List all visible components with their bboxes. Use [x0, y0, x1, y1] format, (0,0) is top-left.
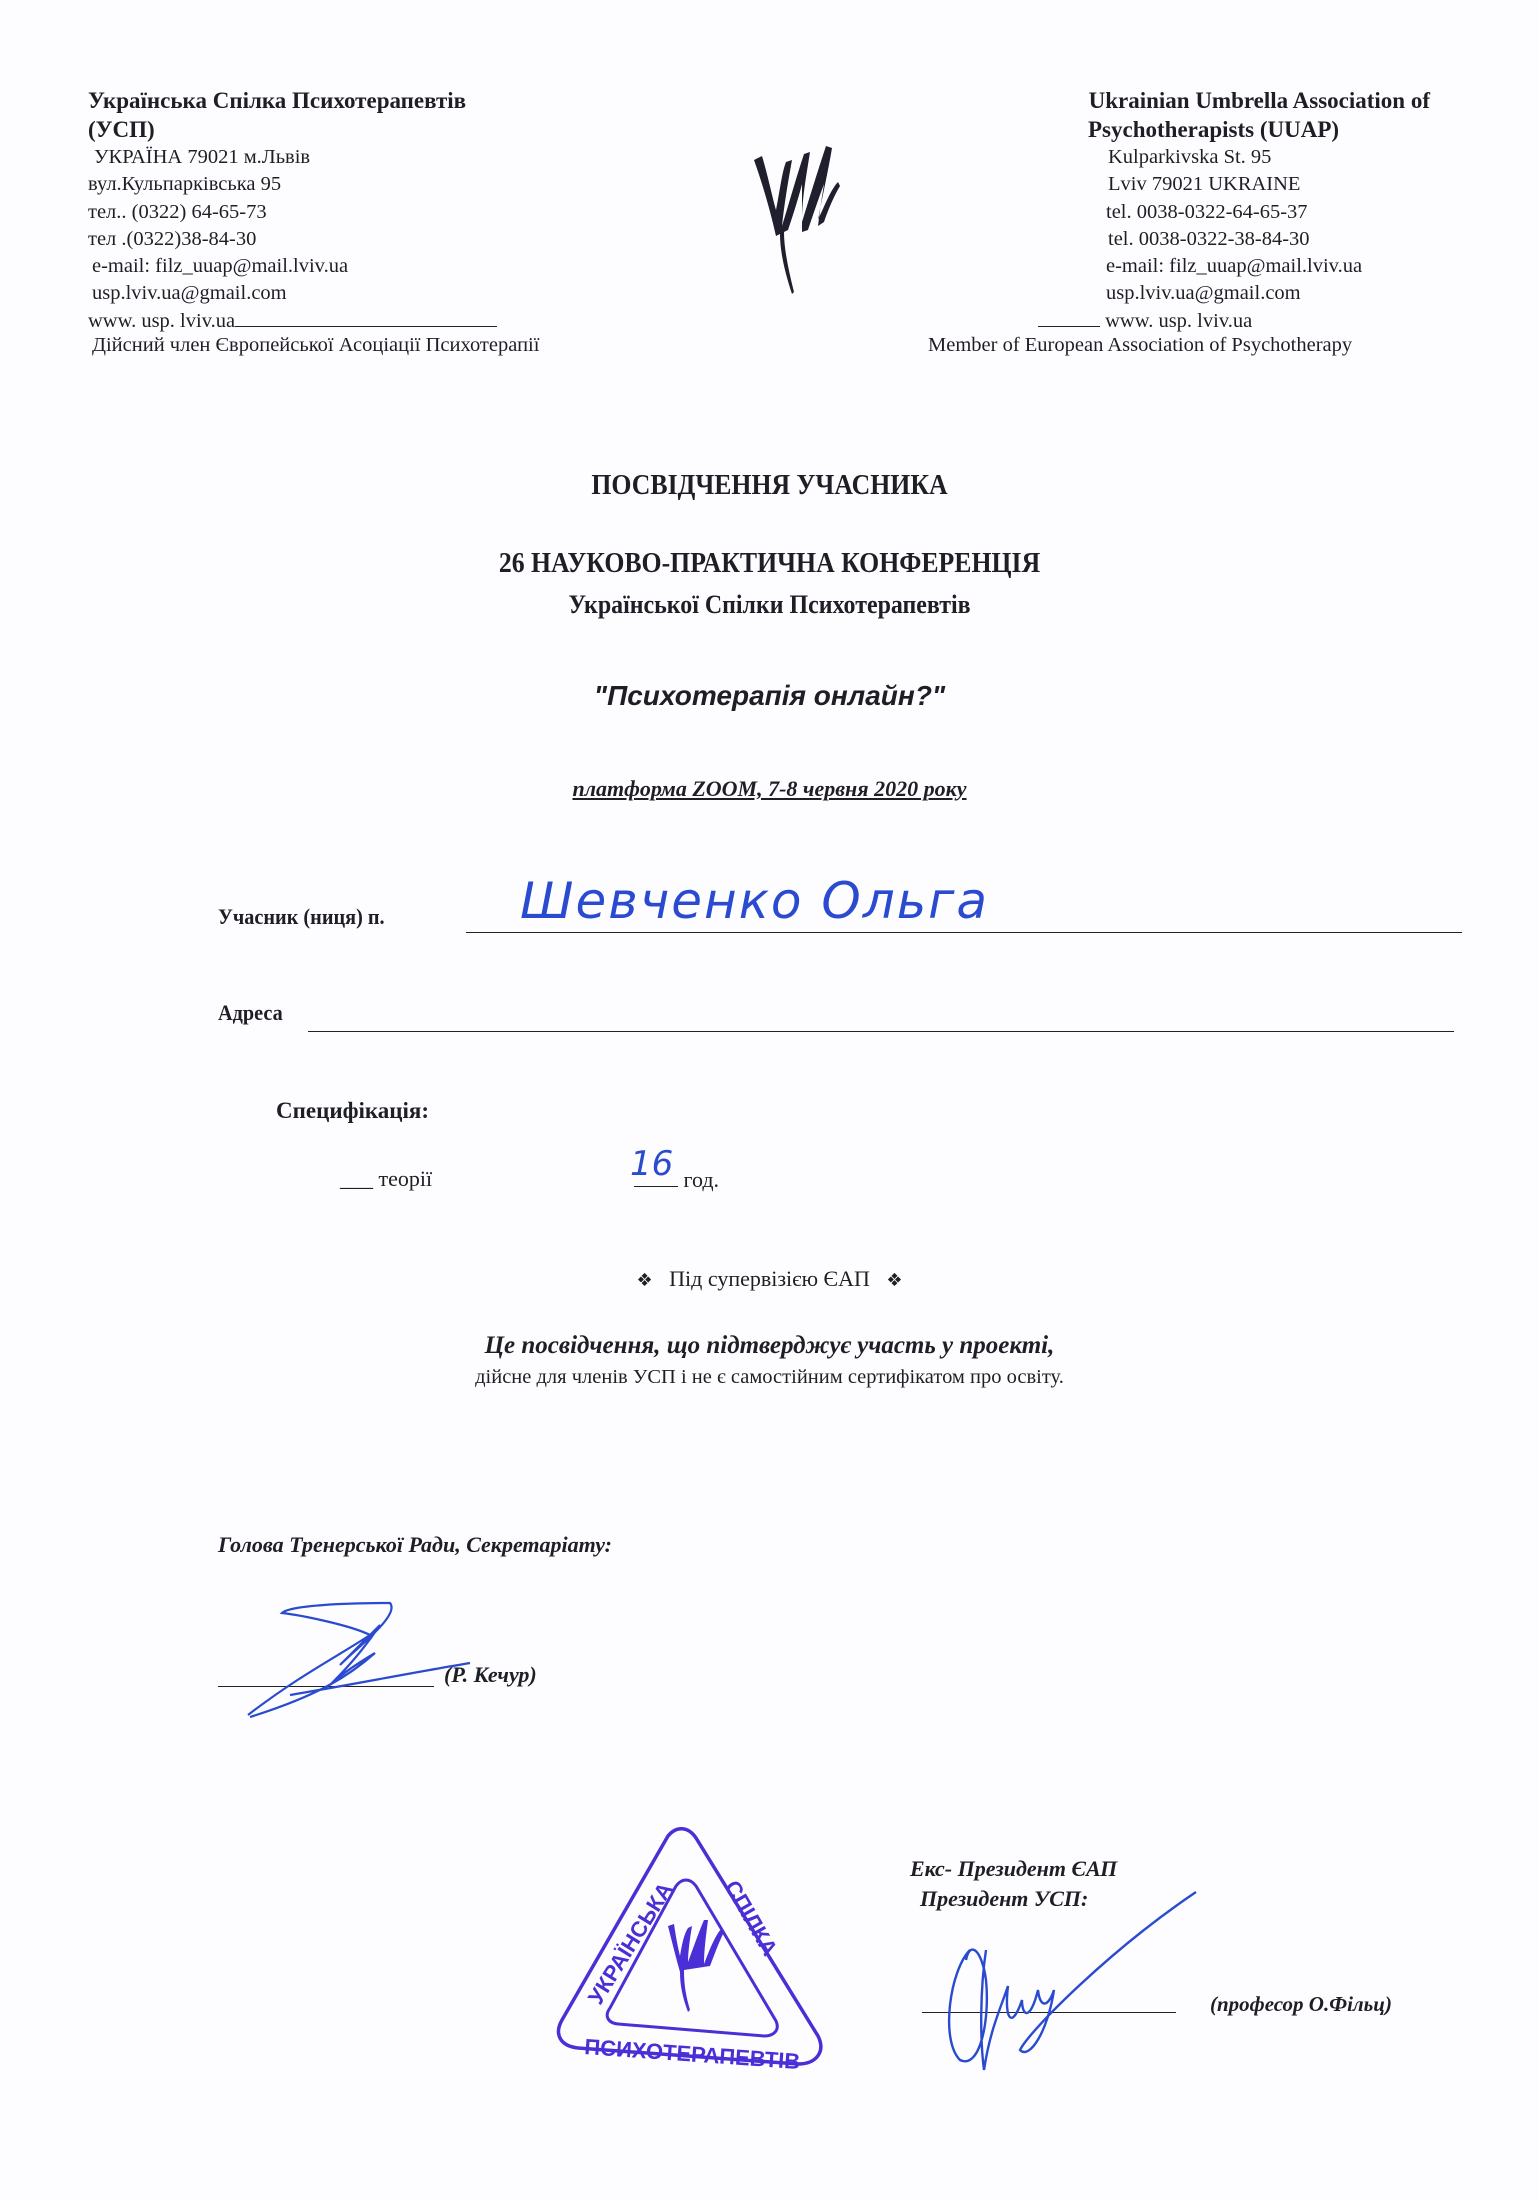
- participant-underline: [466, 932, 1462, 933]
- theory-label: теорії: [379, 1166, 433, 1191]
- org-name-en: Ukrainian Umbrella Association of: [990, 86, 1430, 115]
- address-label: Адреса: [218, 1000, 283, 1026]
- address-line: Kulparkivska St. 95: [990, 144, 1430, 171]
- email-line: e-mail: filz_uuap@mail.lviv.ua: [990, 253, 1430, 280]
- hours-blank: 16: [634, 1166, 678, 1187]
- specification-label: Специфікація:: [276, 1098, 429, 1124]
- email-line: usp.lviv.ua@gmail.com: [990, 280, 1430, 307]
- document-title: ПОСВІДЧЕННЯ УЧАСНИКА: [62, 470, 1478, 502]
- venue-date: платформа ZOOM, 7-8 червня 2020 року: [0, 776, 1539, 802]
- signatory-title-right-1: Екс- Президент ЄАП: [910, 1856, 1117, 1882]
- membership-en: Member of European Association of Psycho…: [928, 332, 1430, 359]
- participant-name-handwritten: Шевченко Ольга: [520, 872, 989, 930]
- hours-handwritten: 16: [630, 1144, 673, 1184]
- disclaimer-line-2: дійсне для членів УСП і не є самостійним…: [0, 1366, 1539, 1389]
- header-right: Ukrainian Umbrella Association of Psycho…: [990, 86, 1430, 359]
- address-line: вул.Кульпарківська 95: [88, 171, 539, 198]
- website-line: www. usp. lviv.ua: [990, 308, 1430, 335]
- phone-line: tel. 0038-0322-64-65-37: [990, 199, 1430, 226]
- address-line: УКРАЇНА 79021 м.Львів: [88, 144, 539, 171]
- uuap-logo-icon: [752, 138, 882, 298]
- conference-theme: "Психотерапія онлайн?": [0, 680, 1539, 712]
- diamond-bullet-icon: ❖: [637, 1270, 653, 1291]
- stamp-text-left: УКРАЇНСЬКА: [583, 1878, 678, 2009]
- signature-right-icon: [930, 1890, 1210, 2085]
- email-line: usp.lviv.ua@gmail.com: [88, 280, 539, 307]
- email-line: e-mail: filz_uuap@mail.lviv.ua: [88, 253, 539, 280]
- conference-organizer: Української Спілки Психотерапевтів: [62, 590, 1478, 620]
- signatory-name-right: (професор О.Фільц): [1210, 1992, 1392, 2017]
- header-rule: [235, 308, 497, 327]
- participant-label: Учасник (ниця) п.: [218, 904, 385, 930]
- header-rule: [1038, 308, 1100, 327]
- phone-line: тел.. (0322) 64-65-73: [88, 199, 539, 226]
- supervision-text: Під супервізією ЄАП: [669, 1266, 870, 1291]
- stamp-text-right: СПІЛКА: [720, 1876, 783, 1960]
- phone-line: тел .(0322)38-84-30: [88, 226, 539, 253]
- signatory-title-left: Голова Тренерської Ради, Секретаріату:: [218, 1532, 612, 1558]
- org-abbr-uk: (УСП): [88, 115, 539, 144]
- phone-line: tel. 0038-0322-38-84-30: [990, 226, 1430, 253]
- disclaimer-line-1: Це посвідчення, що підтверджує участь у …: [0, 1332, 1539, 1360]
- header-left: Українська Спілка Психотерапевтів (УСП) …: [88, 86, 539, 359]
- address-line: Lviv 79021 UKRAINE: [990, 171, 1430, 198]
- membership-uk: Дійсний член Європейської Асоціації Псих…: [88, 332, 539, 359]
- supervision-line: ❖ Під супервізією ЄАП ❖: [0, 1266, 1539, 1292]
- theory-row: ___ теорії: [340, 1166, 432, 1192]
- signature-left-icon: [230, 1595, 490, 1730]
- hours-row: 16 год.: [634, 1166, 719, 1193]
- org-name-uk: Українська Спілка Психотерапевтів: [88, 86, 539, 115]
- theory-blank: ___: [340, 1166, 373, 1191]
- conference-title: 26 НАУКОВО-ПРАКТИЧНА КОНФЕРЕНЦІЯ: [62, 548, 1478, 580]
- organization-stamp: УКРАЇНСЬКА СПІЛКА ПСИХОТЕРАПЕВТІВ: [548, 1816, 848, 2091]
- diamond-bullet-icon: ❖: [886, 1270, 902, 1291]
- address-underline: [308, 1031, 1454, 1032]
- website-line: www. usp. lviv.ua: [88, 308, 539, 335]
- stamp-text-bottom: ПСИХОТЕРАПЕВТІВ: [584, 2034, 801, 2074]
- hours-label: год.: [684, 1167, 720, 1192]
- org-name-en-2: Psychotherapists (UUAP): [990, 115, 1430, 144]
